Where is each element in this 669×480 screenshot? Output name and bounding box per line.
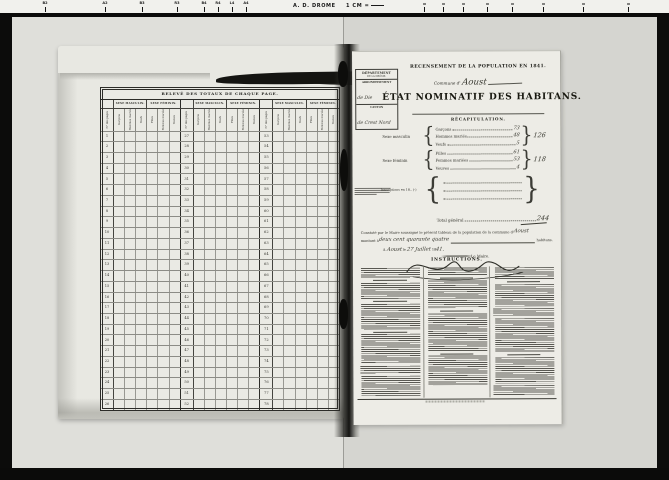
empty-cell [170, 303, 180, 313]
empty-cell [194, 164, 205, 174]
fine-print-heading [373, 279, 406, 280]
empty-cell [114, 325, 125, 335]
row-group: 14 [101, 271, 181, 281]
empty-cell [194, 303, 205, 313]
empty-cell [318, 185, 329, 195]
row-group: 50 [181, 378, 261, 388]
page-number-cell: 55 [260, 153, 273, 163]
empty-cell [158, 217, 169, 227]
empty-cell [249, 174, 259, 184]
film-edge-right [657, 17, 669, 471]
empty-cell [273, 196, 284, 206]
sub-column-header: Garçons [114, 109, 125, 131]
empty-cell [284, 378, 295, 388]
empty-cell [194, 346, 205, 356]
empty-cell [158, 196, 169, 206]
empty-cell [227, 196, 238, 206]
empty-cell [136, 228, 147, 238]
page-number: 47 [184, 349, 189, 353]
empty-cell [205, 196, 216, 206]
row-group: 52 [181, 400, 261, 410]
empty-cell [284, 325, 295, 335]
empty-cell [249, 368, 259, 378]
canton-label: CANTON [357, 105, 396, 108]
page-number-cell: 10 [101, 228, 114, 238]
empty-cell [205, 314, 216, 324]
empty-cell [307, 357, 318, 367]
row-value-handwriting: 53 [513, 156, 520, 162]
fine-print-paragraph [493, 384, 554, 394]
ruler-strip: A. D. DROME 1 CM = B2A2B3R3B4R4L4A4 [0, 0, 669, 13]
page-number-cell: 30 [181, 164, 194, 174]
empty-cell [216, 207, 227, 217]
empty-cell [227, 346, 238, 356]
page-number: 73 [264, 349, 269, 353]
empty-cell [147, 132, 158, 142]
empty-cell [136, 260, 147, 270]
empty-cell [147, 346, 158, 356]
empty-cell [125, 357, 136, 367]
empty-cell [125, 260, 136, 270]
page-number: 30 [184, 167, 189, 171]
inscriptions-label: Inscriptions en 18.. (-) [381, 187, 425, 191]
empty-cell [296, 207, 307, 217]
empty-cell [249, 303, 259, 313]
total-label: Total général [437, 217, 464, 222]
sub-column-header: Veufs [216, 109, 227, 131]
empty-cell [273, 164, 284, 174]
empty-cell [238, 282, 249, 292]
vertical-label-group: N° des pagesGarçonsHommes mariésVeufsFil… [181, 109, 261, 131]
empty-cell [125, 196, 136, 206]
empty-cell [307, 400, 318, 410]
empty-cell [307, 164, 318, 174]
empty-cell [136, 271, 147, 281]
dotted-leader [469, 157, 512, 161]
page-number-cell: 19 [101, 325, 114, 335]
empty-cell [318, 357, 329, 367]
row-group: 71 [260, 325, 339, 335]
row-group: 34 [181, 207, 261, 217]
empty-cell [296, 293, 307, 303]
empty-cell [158, 400, 169, 410]
empty-cell [273, 153, 284, 163]
empty-cell [125, 142, 136, 152]
page-number: 46 [184, 339, 189, 343]
page-number-cell: 72 [260, 335, 273, 345]
empty-cell [238, 164, 249, 174]
empty-cell [216, 303, 227, 313]
empty-cell [205, 142, 216, 152]
empty-cell [249, 271, 259, 281]
sub-column-header-text: Veufs [140, 116, 143, 123]
attestation: Constaté par le Maire soussigné le prése… [361, 227, 553, 254]
empty-cell [216, 346, 227, 356]
page-number-column-text: N° des pages [106, 111, 109, 128]
empty-cell [136, 250, 147, 260]
empty-cell [249, 346, 259, 356]
page-number: 33 [184, 199, 189, 203]
page-number: 60 [264, 210, 269, 214]
empty-cell [296, 260, 307, 270]
empty-cell [284, 357, 295, 367]
total-line: Total général 244 [437, 214, 549, 222]
empty-cell [249, 260, 259, 270]
empty-cell [318, 335, 329, 345]
dotted-leader [443, 194, 521, 198]
sub-column-header: Filles [307, 109, 318, 131]
arrondissement-label: ARRONDISSEMENT [357, 80, 396, 83]
table-row: 204672 [101, 334, 339, 345]
empty-cell [114, 282, 125, 292]
row-group: 3 [101, 153, 181, 163]
empty-cell [296, 132, 307, 142]
instructions-column-2 [423, 266, 490, 397]
sub-column-header-text: Femmes mariées [321, 109, 324, 131]
instructions-ornament [441, 254, 473, 256]
row-group: 48 [181, 357, 261, 367]
empty-cell [136, 282, 147, 292]
empty-cell [216, 196, 227, 206]
empty-cell [273, 357, 284, 367]
ruler-tick [487, 7, 488, 12]
empty-cell [296, 303, 307, 313]
page-number-cell: 36 [181, 228, 194, 238]
empty-cell [273, 303, 284, 313]
empty-cell [238, 239, 249, 249]
empty-cell [318, 325, 329, 335]
sub-column-header: Femmes mariées [318, 109, 329, 131]
empty-cell [296, 174, 307, 184]
montant-label: montant à [361, 238, 379, 244]
vertical-label-group: N° des pagesGarçonsHommes mariésVeufsFil… [260, 109, 339, 131]
empty-cell [194, 185, 205, 195]
a-label: A [383, 248, 386, 254]
empty-cell [114, 207, 125, 217]
row-group: 54 [260, 142, 339, 152]
empty-cell [227, 185, 238, 195]
empty-cell [296, 153, 307, 163]
row-group: 49 [181, 368, 261, 378]
page-number: 64 [264, 253, 269, 257]
table-row: 214773 [101, 345, 339, 356]
ruler-tick-label: R4 [215, 1, 220, 5]
page-number: 24 [105, 381, 110, 385]
empty-cell [170, 293, 180, 303]
table-row: 22854 [101, 141, 339, 152]
fine-print-heading [507, 353, 540, 354]
header-group: SEXE MASCULIN.SEXE FÉMININ. [260, 100, 339, 108]
empty-cell [170, 357, 180, 367]
empty-cell [273, 207, 284, 217]
empty-cell [205, 282, 216, 292]
gutter-blot [340, 149, 348, 191]
row-group: 5 [101, 174, 181, 184]
empty-cell [238, 303, 249, 313]
sub-column-header: Hommes mariés [125, 109, 136, 131]
page-number-cell: 61 [260, 217, 273, 227]
empty-cell [249, 196, 259, 206]
row-group: 76 [260, 378, 339, 388]
empty-cell [273, 142, 284, 152]
row-group: 10 [101, 228, 181, 238]
page-number-cell: 76 [260, 378, 273, 388]
ruler-tick [443, 7, 444, 12]
row-group: 2 [101, 142, 181, 152]
page-number: 41 [184, 285, 189, 289]
empty-cell [296, 378, 307, 388]
page-number-cell: 59 [260, 196, 273, 206]
page-number: 19 [105, 328, 110, 332]
close-brace: } [521, 148, 533, 170]
table-row: 154167 [101, 281, 339, 292]
empty-cell [170, 325, 180, 335]
empty-cell [318, 378, 329, 388]
empty-cell [307, 196, 318, 206]
totals-table-title: RELEVÉ DES TOTAUX DE CHAQUE PAGE. [101, 88, 339, 100]
empty-cell [227, 164, 238, 174]
empty-cell [296, 325, 307, 335]
table-row: 12753 [101, 131, 339, 142]
ruler-tick-label: B4 [201, 1, 206, 5]
empty-cell [170, 164, 180, 174]
row-value-handwriting: 61 [513, 149, 520, 155]
ruler-tick: A2 [105, 7, 106, 12]
empty-cell [194, 196, 205, 206]
empty-cell [158, 335, 169, 345]
empty-cell [296, 217, 307, 227]
empty-cell [238, 260, 249, 270]
empty-cell [114, 196, 125, 206]
page-number: 5 [106, 178, 108, 182]
row-group: 29 [181, 153, 261, 163]
empty-cell [147, 228, 158, 238]
empty-cell [194, 335, 205, 345]
empty-cell [238, 389, 249, 399]
scale-label-text: 1 CM = [346, 3, 369, 9]
empty-cell [147, 368, 158, 378]
empty-cell [158, 185, 169, 195]
empty-cell [114, 164, 125, 174]
page-number-cell: 25 [101, 389, 114, 399]
empty-cell [170, 174, 180, 184]
row-group: 31 [181, 174, 261, 184]
empty-cell [136, 335, 147, 345]
fine-print-paragraph [360, 366, 421, 374]
instructions-columns [357, 266, 557, 400]
empty-cell [158, 153, 169, 163]
empty-cell [284, 389, 295, 399]
empty-cell [296, 335, 307, 345]
empty-cell [136, 132, 147, 142]
page-number: 51 [184, 392, 189, 396]
sub-column-header-text: Veufs [299, 116, 302, 123]
page-number: 10 [105, 231, 110, 235]
empty-cell [318, 293, 329, 303]
page-number: 16 [105, 296, 110, 300]
empty-cell [158, 282, 169, 292]
empty-cell [205, 174, 216, 184]
page-number-cell: 32 [181, 185, 194, 195]
empty-cell [194, 142, 205, 152]
empty-cell [284, 260, 295, 270]
page-number-column-head [101, 100, 114, 108]
empty-cell [136, 164, 147, 174]
row-group: 38 [181, 250, 261, 260]
page-number: 11 [105, 242, 110, 246]
page-number-cell: 39 [181, 260, 194, 270]
empty-cell [114, 378, 125, 388]
ruler-tick: R3 [177, 7, 178, 12]
empty-cell [114, 293, 125, 303]
empty-cell [125, 239, 136, 249]
empty-cell [296, 142, 307, 152]
page-number: 72 [264, 339, 269, 343]
ruler-tick: B3 [142, 7, 143, 12]
empty-cell [170, 250, 180, 260]
close-brace: } [520, 124, 532, 146]
empty-cell [158, 250, 169, 260]
empty-cell [205, 325, 216, 335]
empty-cell [284, 217, 295, 227]
empty-cell [227, 325, 238, 335]
empty-cell [147, 185, 158, 195]
empty-cell [249, 293, 259, 303]
empty-cell [114, 185, 125, 195]
empty-cell [216, 389, 227, 399]
census-title: RECENSEMENT DE LA POPULATION EN 1841. [400, 64, 556, 70]
empty-cell [284, 303, 295, 313]
empty-cell [284, 250, 295, 260]
empty-cell [205, 357, 216, 367]
table-row: 113763 [101, 238, 339, 249]
ruler-tick [583, 7, 584, 12]
page-number-cell: 33 [181, 196, 194, 206]
empty-cell [147, 250, 158, 260]
empty-cell [216, 164, 227, 174]
empty-cell [273, 400, 284, 410]
page-number-cell: 24 [101, 378, 114, 388]
page-number-cell: 66 [260, 271, 273, 281]
empty-cell [318, 282, 329, 292]
page-number-cell: 45 [181, 325, 194, 335]
empty-cell [136, 142, 147, 152]
fine-print-heading [373, 300, 406, 301]
empty-cell [136, 378, 147, 388]
empty-cell [216, 217, 227, 227]
empty-cell [147, 303, 158, 313]
page-number: 21 [105, 349, 110, 353]
dotted-leader [447, 150, 512, 154]
empty-cell [170, 389, 180, 399]
empty-cell [307, 185, 318, 195]
empty-cell [216, 293, 227, 303]
row-group: 77 [260, 389, 339, 399]
empty-cell [249, 389, 259, 399]
page-number-cell: 3 [101, 153, 114, 163]
scale-dash [371, 5, 384, 6]
recap-row-veufs: Veufs5 [435, 140, 519, 146]
empty-cell [194, 389, 205, 399]
empty-cell [273, 239, 284, 249]
empty-cell [114, 142, 125, 152]
empty-cell [147, 293, 158, 303]
empty-cell [205, 164, 216, 174]
fine-print-paragraph [428, 312, 487, 350]
empty-cell [136, 207, 147, 217]
empty-cell [194, 378, 205, 388]
page-number: 43 [184, 306, 189, 310]
close-brace: } [523, 174, 540, 204]
empty-cell [273, 228, 284, 238]
page-number-cell: 16 [101, 293, 114, 303]
page-number-cell: 23 [101, 368, 114, 378]
recap-row-hommes-maries: Hommes mariés48 [435, 132, 519, 138]
page-number: 9 [106, 220, 108, 224]
page-number-cell: 71 [260, 325, 273, 335]
empty-cell [273, 174, 284, 184]
empty-cell [307, 142, 318, 152]
page-number: 15 [105, 285, 110, 289]
empty-cell [147, 217, 158, 227]
ruler-tick: B2 [45, 7, 46, 12]
empty-cell [216, 325, 227, 335]
row-group: 30 [181, 164, 261, 174]
empty-cell [249, 400, 259, 410]
montant-handwriting: deux cent quarante quatre [378, 235, 449, 244]
recap-group-female: Sexe féminin { Filles61 Femmes mariées53… [382, 149, 554, 171]
page-number-cell: 35 [181, 217, 194, 227]
empty-cell [205, 153, 216, 163]
page-number: 54 [264, 145, 269, 149]
empty-cell [284, 132, 295, 142]
sub-column-header-text: Femmes mariées [242, 109, 245, 131]
row-group: 65 [260, 260, 339, 270]
place-handwriting: Aoust [386, 245, 402, 253]
table-row: 53157 [101, 173, 339, 184]
empty-cell [136, 153, 147, 163]
empty-cell [249, 228, 259, 238]
sex-group-header: SEXE FÉMININ. [227, 100, 259, 108]
empty-cell [216, 314, 227, 324]
page-number-column-head [260, 100, 273, 108]
fill-dash [451, 241, 534, 242]
empty-cell [136, 346, 147, 356]
empty-cell [114, 346, 125, 356]
fine-print-paragraph [495, 267, 554, 279]
page-number-cell: 4 [101, 164, 114, 174]
table-row: 43056 [101, 163, 339, 174]
page-number-cell: 31 [181, 174, 194, 184]
film-edge-left [0, 17, 12, 471]
empty-cell [125, 368, 136, 378]
canton-handwriting: de Crest Nord [357, 120, 391, 125]
instructions-column-3 [489, 266, 556, 397]
fine-print-paragraph [428, 267, 487, 275]
empty-cell [216, 228, 227, 238]
page-number: 32 [184, 188, 189, 192]
page-number-cell: 46 [181, 335, 194, 345]
page-number-cell: 40 [181, 271, 194, 281]
row-group: 39 [181, 260, 261, 270]
empty-cell [125, 303, 136, 313]
empty-cell [284, 228, 295, 238]
empty-cell [125, 335, 136, 345]
empty-cell [318, 260, 329, 270]
fine-print-paragraph [362, 334, 421, 364]
empty-cell [114, 271, 125, 281]
table-row: 164268 [101, 292, 339, 303]
